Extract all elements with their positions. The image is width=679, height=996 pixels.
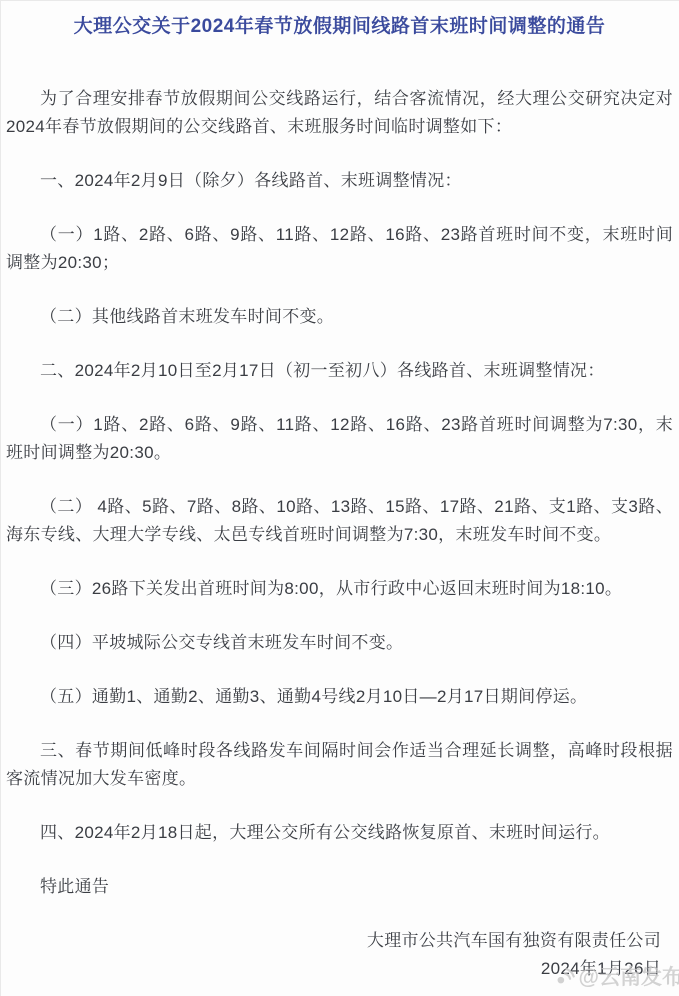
notice-section-1-item-2: （二）其他线路首末班发车时间不变。 [6,303,673,331]
notice-section-1-heading: 一、2024年2月9日（除夕）各线路首、末班调整情况： [6,167,673,195]
company-name: 大理市公共汽车国有独资有限责任公司 [6,927,661,955]
notice-section-2-item-1: （一）1路、2路、6路、9路、11路、12路、16路、23路首班时间调整为7:3… [6,411,673,467]
notice-section-2-item-4: （四）平坡城际公交专线首末班发车时间不变。 [6,629,673,657]
notice-section-2-heading: 二、2024年2月10日至2月17日（初一至初八）各线路首、末班调整情况： [6,357,673,385]
notice-title: 大理公交关于2024年春节放假期间线路首末班时间调整的通告 [6,15,673,39]
notice-section-2-item-3: （三）26路下关发出首班时间为8:00，从市行政中心返回末班时间为18:10。 [6,575,673,603]
notice-intro-paragraph: 为了合理安排春节放假期间公交线路运行，结合客流情况，经大理公交研究决定对2024… [6,85,673,141]
signature-block: 大理市公共汽车国有独资有限责任公司 2024年1月26日 [6,927,673,983]
notice-section-2-item-5: （五）通勤1、通勤2、通勤3、通勤4号线2月10日—2月17日期间停运。 [6,683,673,711]
notice-section-3-paragraph: 三、春节期间低峰时段各线路发车间隔时间会作适当合理延长调整，高峰时段根据客流情况… [6,737,673,793]
notice-closing: 特此通告 [6,873,673,901]
notice-date: 2024年1月26日 [6,955,661,983]
notice-page: 大理公交关于2024年春节放假期间线路首末班时间调整的通告 为了合理安排春节放假… [0,0,679,996]
notice-section-2-item-2: （二） 4路、5路、7路、8路、10路、13路、15路、17路、21路、支1路、… [6,493,673,549]
notice-section-4-paragraph: 四、2024年2月18日起，大理公交所有公交线路恢复原首、末班时间运行。 [6,819,673,847]
notice-section-1-item-1: （一）1路、2路、6路、9路、11路、12路、16路、23路首班时间不变，末班时… [6,221,673,277]
